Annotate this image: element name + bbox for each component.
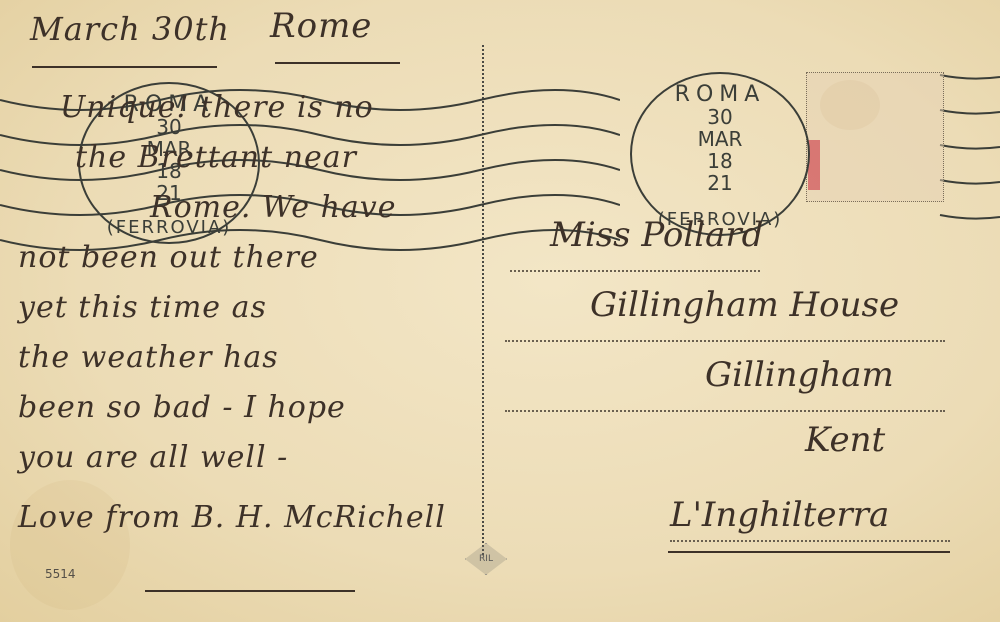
postmark-hour: 18: [632, 150, 808, 172]
publisher-number: 5514: [45, 567, 76, 581]
address-rule: [510, 270, 760, 272]
postmark-year: 21: [632, 172, 808, 194]
heading-place: Rome: [270, 6, 372, 46]
postmark-right: ROMA 30 MAR 18 21 (FERROVIA): [630, 72, 810, 236]
message-line: Unique! there is no: [60, 90, 374, 125]
address-rule: [505, 340, 945, 342]
address-line-2: Gillingham: [705, 355, 894, 395]
message-line: Rome. We have: [150, 190, 397, 225]
postmark-city: ROMA: [632, 82, 808, 107]
address-rule: [670, 540, 950, 542]
address-recipient: Miss Pollard: [550, 215, 763, 255]
place-underline: [275, 62, 400, 64]
heading-underline: [32, 66, 217, 68]
publisher-logo-icon: RIL: [465, 543, 507, 575]
message-line: been so bad - I hope: [18, 390, 346, 425]
address-line-3: Kent: [805, 420, 885, 460]
message-line: you are all well -: [18, 440, 288, 475]
message-line: Love from B. H. McRichell: [18, 500, 446, 535]
postmark-month: MAR: [632, 128, 808, 150]
country-underline: [668, 551, 950, 553]
address-country: L'Inghilterra: [670, 495, 889, 535]
signature-underline: [145, 590, 355, 592]
message-line: the weather has: [18, 340, 279, 375]
message-line: not been out there: [18, 240, 319, 275]
heading-date: March 30th: [30, 10, 230, 48]
address-line-1: Gillingham House: [590, 285, 899, 325]
message-line: the Brettant near: [75, 140, 357, 175]
stamp-area: [806, 72, 944, 202]
message-line: yet this time as: [18, 290, 267, 325]
postmark-date: 30 MAR 18 21: [632, 106, 808, 194]
postmark-day: 30: [632, 106, 808, 128]
address-rule: [505, 410, 945, 412]
postcard-back: March 30th Rome ROMA 30 MAR 18 21 (FERRO…: [0, 0, 1000, 622]
